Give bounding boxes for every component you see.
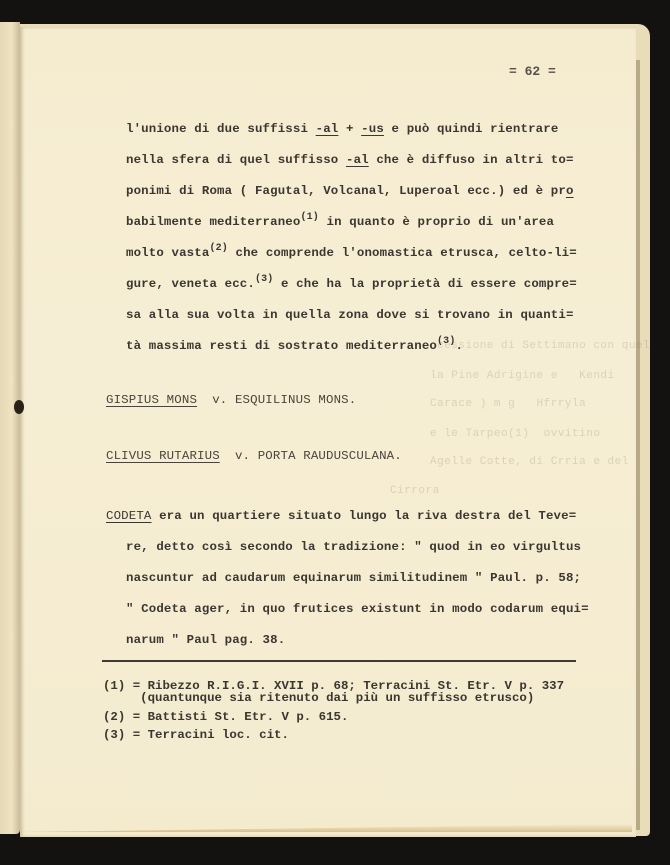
footnote-marker: (2) [103, 710, 125, 724]
entry-clivus: CLIVUS RUTARIUS v. PORTA RAUDUSCULANA. [106, 449, 402, 463]
text-line: tà massima resti di sostrato mediterrane… [126, 339, 463, 353]
footnote-divider [102, 660, 576, 662]
footnote-text: = Terracini loc. cit. [125, 728, 289, 742]
text-line: narum " Paul pag. 38. [126, 633, 285, 647]
text-line: gure, veneta ecc.(3) e che ha la proprie… [126, 277, 577, 291]
suffix-term: -us [361, 122, 384, 136]
text-line: sa alla sua volta in quella zona dove si… [126, 308, 574, 322]
footnote-marker: (3) [103, 728, 125, 742]
text-span: + [338, 122, 361, 136]
bleed-through-text: la Pine Adrigine e Kendi [430, 370, 615, 382]
text-line: molto vasta(2) che comprende l'onomastic… [126, 246, 577, 260]
text-span: e può quindi rientrare [384, 122, 558, 136]
text-line: re, detto così secondo la tradizione: " … [126, 540, 581, 554]
bleed-through-text: Agelle Cotte, di Crria e del [430, 456, 629, 468]
footnote-ref: (3) [255, 274, 273, 285]
entry-term: CODETA [106, 509, 152, 523]
text-span: ponimi di Roma ( Fagutal, Volcanal, Lupe… [126, 184, 566, 198]
text-span: . [455, 339, 463, 353]
entry-text: v. PORTA RAUDUSCULANA. [220, 449, 402, 463]
facing-page-edge [0, 22, 20, 834]
entry-text: v. ESQUILINUS MONS. [197, 393, 356, 407]
footnote-ref: (2) [209, 243, 227, 254]
footnote-text: = Battisti St. Etr. V p. 615. [125, 710, 348, 724]
text-line: ponimi di Roma ( Fagutal, Volcanal, Lupe… [126, 184, 574, 198]
text-span: molto vasta [126, 246, 209, 260]
text-line: nascuntur ad caudarum equinarum similitu… [126, 571, 581, 585]
text-span: e che ha la proprietà di essere compre= [273, 277, 576, 291]
text-span: babilmente mediterraneo [126, 215, 300, 229]
text-span: in quanto è proprio di un'area [319, 215, 554, 229]
footnote-2: (2) = Battisti St. Etr. V p. 615. [103, 710, 348, 724]
bleed-through-text: Cirrora [390, 485, 440, 497]
footnote-1-continuation: (quantunque sia ritenuto dai più un suff… [103, 691, 534, 705]
text-line: babilmente mediterraneo(1) in quanto è p… [126, 215, 554, 229]
bleed-through-text: e le Tarpeo(1) ovvitino [430, 428, 600, 440]
text-span: o [566, 184, 574, 198]
footnote-ref: (3) [437, 336, 455, 347]
text-span: l'unione di due suffissi [126, 122, 316, 136]
suffix-term: -al [316, 122, 339, 136]
footnote-3: (3) = Terracini loc. cit. [103, 728, 289, 742]
entry-term: GISPIUS MONS [106, 393, 197, 407]
footnote-ref: (1) [300, 212, 318, 223]
suffix-term: -al [346, 153, 369, 167]
entry-gispius: GISPIUS MONS v. ESQUILINUS MONS. [106, 393, 356, 407]
text-line: CODETA era un quartiere situato lungo la… [106, 509, 576, 523]
text-line: nella sfera di quel suffisso -al che è d… [126, 153, 574, 167]
text-span: nella sfera di quel suffisso [126, 153, 346, 167]
binding-hole-icon [14, 400, 24, 414]
page-stack-edge [636, 60, 640, 830]
text-span: sa alla sua volta in quella zona dove si… [126, 308, 574, 322]
text-span: gure, veneta ecc. [126, 277, 255, 291]
entry-term: CLIVUS RUTARIUS [106, 449, 220, 463]
text-span: tà massima resti di sostrato mediterrane… [126, 339, 437, 353]
text-span: che comprende l'onomastica etrusca, celt… [228, 246, 577, 260]
text-line: l'unione di due suffissi -al + -us e può… [126, 122, 558, 136]
text-line: " Codeta ager, in quo frutices existunt … [126, 602, 589, 616]
bleed-through-text: Carace ) m g Hfrryla [430, 398, 586, 410]
text-span: che è diffuso in altri to= [369, 153, 574, 167]
text-span: era un quartiere situato lungo la riva d… [152, 509, 577, 523]
page-number: = 62 = [509, 64, 556, 79]
